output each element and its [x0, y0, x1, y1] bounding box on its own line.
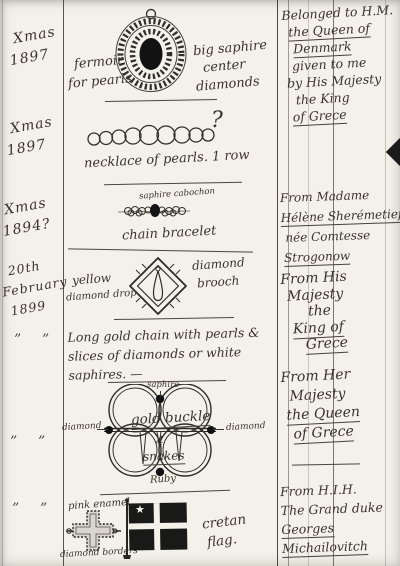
label-big-saphire: big saphire [192, 38, 267, 59]
bracelet-caption: chain bracelet [122, 224, 217, 244]
provenance-note-3: From His Majesty the King of Grece [280, 266, 400, 354]
flag-caption-1: cretan [201, 511, 247, 532]
ditto-mark: ” [38, 434, 45, 450]
main-panel-right-rule [277, 0, 278, 566]
ledger-page: Xmas 1897 Xmas 1897 Xmas 1894? 20th Febr… [0, 0, 400, 566]
buckle-ruby-label: Ruby [150, 473, 177, 486]
buckle-left-diamond-label: diamond [62, 421, 102, 433]
left-diamond-arrow [97, 429, 108, 430]
flag-star: ★ [135, 503, 145, 516]
label-center: center [202, 57, 246, 76]
separator-line [105, 99, 217, 102]
provenance-note-1: Belonged to H.M. the Queen of Denmark gi… [279, 1, 400, 126]
cretan-flag-sketch [120, 497, 192, 561]
provenance-note-4: From Her Majesty the Queen of Grece [280, 363, 400, 445]
flag-caption-2: flag. [206, 531, 238, 551]
separator-line [68, 248, 253, 252]
date-entry-1: Xmas 1897 [5, 22, 61, 72]
buckle-saphire-label: saphire [147, 380, 179, 390]
label-yellow: yellow [72, 271, 112, 288]
buckle-right-diamond-label: diamond [226, 421, 266, 433]
date-entry-2: Xmas 1897 [2, 112, 58, 162]
cross-brooch-sketch [66, 507, 122, 553]
separator-line [114, 317, 234, 320]
date-entry-4: 20th February 1899 [0, 252, 73, 323]
separator-line [100, 490, 230, 496]
label-diamond: diamond [192, 255, 246, 273]
ditto-mark: ” [10, 434, 17, 450]
buckle-snakes-label: snakes [143, 448, 185, 465]
right-column-separator [292, 463, 360, 465]
ink-blot [386, 138, 400, 166]
saphire-arrow [160, 391, 161, 397]
ditto-mark: ” [42, 332, 49, 348]
buckle-count-label: 4 [156, 434, 164, 448]
ditto-mark: ” [12, 501, 19, 517]
diamond-brooch-sketch [128, 256, 188, 316]
chain-note: Long gold chain with pearls & slices of … [67, 322, 276, 384]
separator-line [104, 182, 242, 186]
provenance-note-5: From H.I.H. The Grand duke Georges Micha… [280, 478, 400, 558]
date-entry-3: Xmas 1894? [0, 193, 52, 243]
chain-bracelet-sketch [118, 200, 190, 222]
pearl-necklace-sketch [86, 118, 218, 154]
label-diamond-drop: diamond drop [66, 288, 137, 304]
label-diamonds: diamonds [195, 74, 260, 94]
right-diamond-arrow [213, 429, 224, 430]
gold-buckle-sketch [100, 384, 220, 480]
query-mark: ? [211, 108, 223, 133]
ditto-mark: ” [40, 501, 47, 517]
provenance-note-2: From Madame Hélène Sherémetieff née Comt… [280, 184, 400, 268]
ditto-mark: ” [14, 332, 21, 348]
label-brooch: brooch [197, 274, 240, 291]
